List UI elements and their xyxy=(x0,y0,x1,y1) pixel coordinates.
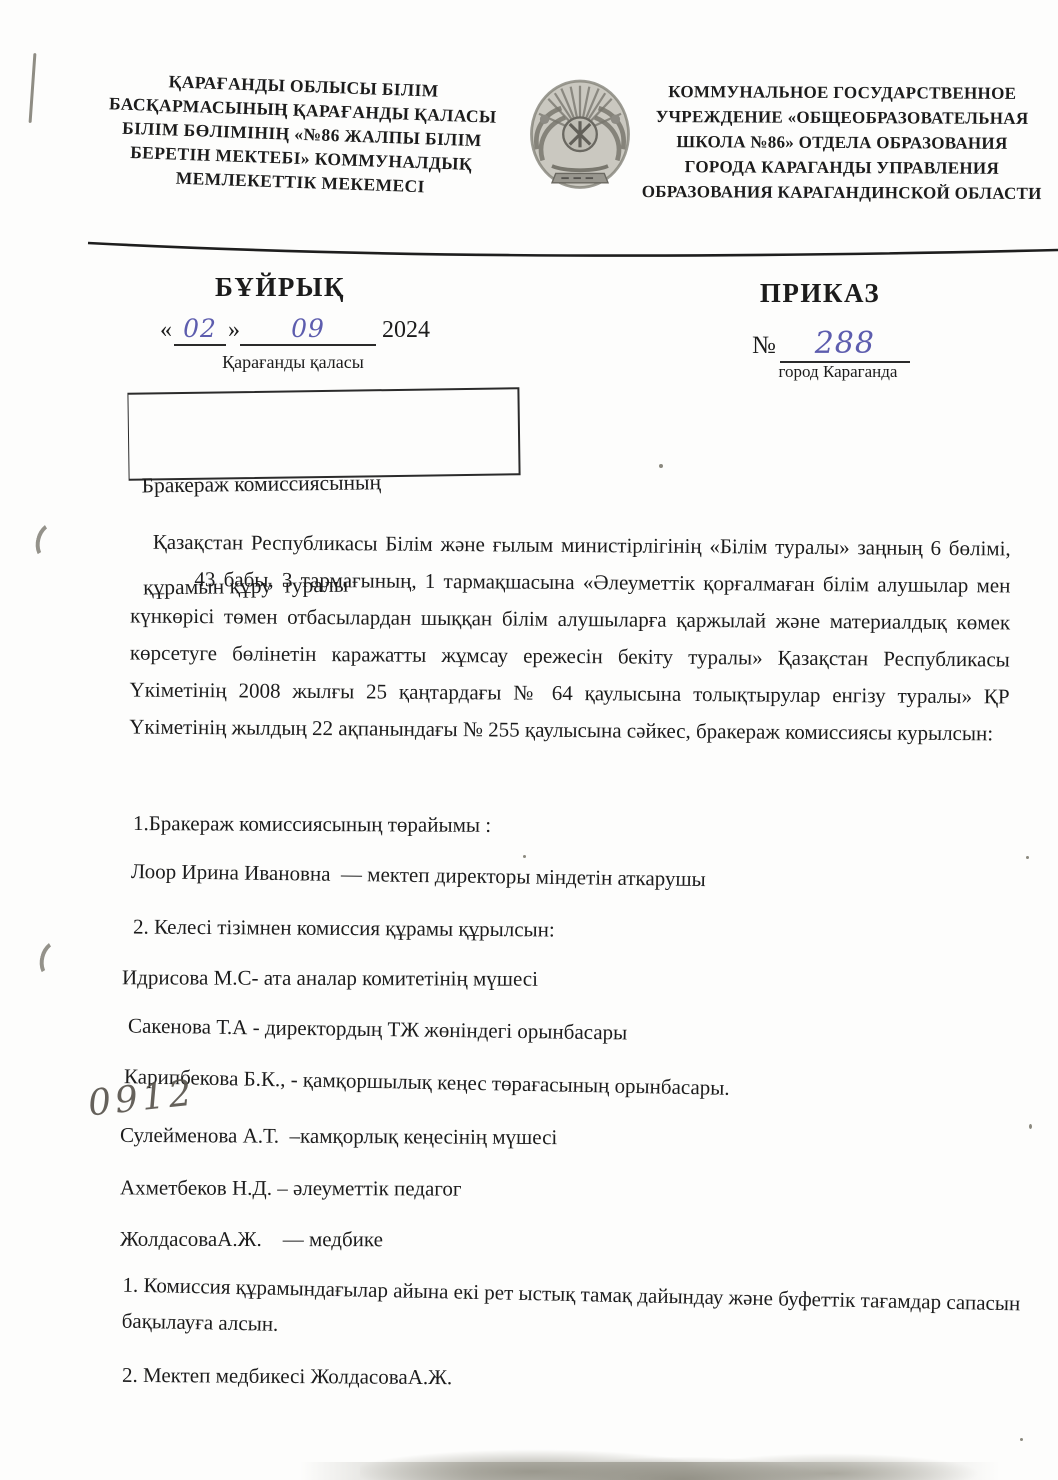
list-item-member: ЖолдасоваА.Ж. — медбике xyxy=(120,1227,383,1252)
scan-artifact-crescent xyxy=(32,519,71,565)
subject-line-1: Бракераж комиссиясының xyxy=(141,463,506,502)
number-sign: № xyxy=(752,332,776,359)
order-body-paragraph: Қазақстан Республикасы Білім және ғылым … xyxy=(129,524,1011,753)
scan-smudge-band xyxy=(300,1462,1000,1480)
order-title-russian: ПРИКАЗ xyxy=(700,278,940,309)
order-title-kazakh: БҰЙРЫҚ xyxy=(150,272,410,303)
handwritten-order-number: 288 xyxy=(815,326,875,361)
resolution-item: 2. Мектеп медбикесі ЖолдасоваА.Ж. xyxy=(122,1357,1022,1399)
org-name-russian: КОММУНАЛЬНОЕ ГОСУДАРСТВЕННОЕ УЧРЕЖДЕНИЕ … xyxy=(642,79,1043,206)
order-number-line: №288 xyxy=(752,326,910,363)
header-divider-rule xyxy=(0,228,1058,268)
kazakhstan-emblem-svg xyxy=(524,76,636,200)
order-place-kazakh: Қарағанды қаласы xyxy=(178,352,408,373)
list-item-member: Карипбекова Б.К., - қамқоршылық кеңес тө… xyxy=(124,1064,730,1101)
scan-speck xyxy=(1029,1124,1032,1129)
handwritten-day: 02 xyxy=(183,314,217,343)
scanned-order-document: ҚАРАҒАНДЫ ОБЛЫСЫ БІЛІМ БАСҚАРМАСЫНЫҢ ҚАР… xyxy=(0,0,1058,1480)
body-part-1: Қазақстан Республикасы Білім және ғылым … xyxy=(153,530,1011,561)
list-item-member: Сулейменова А.Т. –камқорлық кеңесінің мү… xyxy=(120,1123,557,1150)
order-year: 2024 xyxy=(382,317,430,343)
order-place-russian: город Караганда xyxy=(758,362,918,382)
resolution-item: 1. Комиссия құрамындағылар айына екі рет… xyxy=(121,1267,1022,1358)
tab-gap xyxy=(130,586,194,587)
list-item-member: Сакенова Т.А - директордың ТЖ жөніндегі … xyxy=(128,1014,628,1046)
scan-speck xyxy=(659,464,663,468)
handwritten-month: 09 xyxy=(291,314,325,343)
scan-speck xyxy=(1026,856,1029,859)
kazakhstan-emblem-icon xyxy=(524,76,636,200)
scan-speck xyxy=(523,855,526,858)
list-item-chair-heading: 1.Бракераж комиссиясының төрайымы : xyxy=(133,811,491,838)
org-name-kazakh: ҚАРАҒАНДЫ ОБЛЫСЫ БІЛІМ БАСҚАРМАСЫНЫҢ ҚАР… xyxy=(96,67,508,201)
order-date-line: «02»092024 xyxy=(160,314,460,346)
scan-artifact-line xyxy=(29,53,37,123)
close-quote: » xyxy=(228,317,240,343)
scan-speck xyxy=(1020,1438,1023,1441)
open-quote: « xyxy=(160,317,172,343)
scan-artifact-crescent xyxy=(36,937,75,983)
list-item-members-heading: 2. Келесі тізімнен комиссия құрамы құрыл… xyxy=(133,915,555,943)
list-item-member: Ахметбеков Н.Д. – әлеуметтік педагог xyxy=(120,1175,462,1201)
body-part-2: 43 бабы, 3 тармағының, 1 тармақшасына «Ә… xyxy=(129,567,1010,745)
subject-box: Бракераж комиссиясының құрамын құру тура… xyxy=(127,387,520,480)
list-item-chair-name: Лоор Ирина Ивановна — мектеп директоры м… xyxy=(131,859,706,892)
handwritten-pencil-note: 0912 xyxy=(86,1072,197,1124)
list-item-member: Идрисова М.С- ата аналар комитетінің мүш… xyxy=(122,965,538,991)
